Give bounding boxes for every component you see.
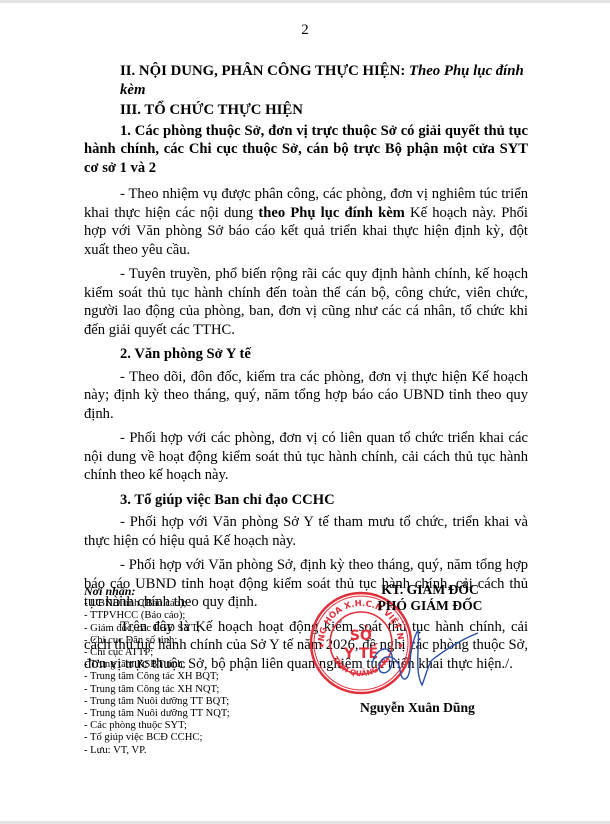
svg-text:★: ★ <box>318 641 325 650</box>
item3-paragraph-1: - Phối hợp với Văn phòng Sở Y tế tham mư… <box>84 513 528 550</box>
recipient-item: - Các phòng thuộc SYT; <box>84 720 304 732</box>
section-iii-heading: III. TỔ CHỨC THỰC HIỆN <box>84 101 528 120</box>
recipient-item: - Giám đốc, các PGĐ SYT; <box>84 623 304 635</box>
item1-paragraph-1: - Theo nhiệm vụ được phân công, các phòn… <box>84 185 528 259</box>
item1-p1-bold: theo Phụ lục đính kèm <box>258 205 404 221</box>
recipient-item: - Chi cục ATTP; <box>84 647 304 659</box>
svg-text:SỞ: SỞ <box>350 625 372 644</box>
recipient-item: - Tổ giúp việc BCĐ CCHC; <box>84 732 304 744</box>
signature-title-line2: PHÓ GIÁM ĐỐC <box>340 598 520 614</box>
recipient-item: - Trung tâm Nuôi dưỡng TT BQT; <box>84 696 304 708</box>
item2-paragraph-1: - Theo dõi, đôn đốc, kiểm tra các phòng,… <box>84 368 528 424</box>
item1-paragraph-2: - Tuyên truyền, phổ biến rộng rãi các qu… <box>84 265 528 339</box>
recipient-item: - Trung tâm Công tác XH NQT; <box>84 684 304 696</box>
item2-heading: 2. Văn phòng Sở Y tế <box>84 345 528 364</box>
recipient-item: - Trung tâm Nuôi dưỡng TT NQT; <box>84 708 304 720</box>
section-ii-heading: II. NỘI DUNG, PHÂN CÔNG THỰC HIỆN: Theo … <box>84 62 528 99</box>
item3-heading: 3. Tổ giúp việc Ban chỉ đạo CCHC <box>84 491 528 510</box>
item1-heading: 1. Các phòng thuộc Sở, đơn vị trực thuộc… <box>84 122 528 178</box>
recipient-item: - Chi cục Dân số tỉnh; <box>84 635 304 647</box>
recipient-item: - TTPVHCC (Báo cáo); <box>84 610 304 622</box>
page-number: 2 <box>0 22 610 39</box>
recipients-title: Nơi nhận: <box>84 585 304 597</box>
signature-title-line1: KT. GIÁM ĐỐC <box>340 582 520 598</box>
recipient-item: - Trung tâm Công tác XH BQT; <box>84 671 304 683</box>
viewer-top-border <box>0 0 610 3</box>
signature-block: KT. GIÁM ĐỐC PHÓ GIÁM ĐỐC <box>340 582 520 614</box>
recipient-item: - Trung tâm KSBT tỉnh; <box>84 659 304 671</box>
signer-name: Nguyễn Xuân Dũng <box>360 700 475 716</box>
recipients-list: Nơi nhận: - UBND tỉnh (Báo cáo); - TTPVH… <box>84 585 304 757</box>
recipient-item: - UBND tỉnh (Báo cáo); <box>84 598 304 610</box>
recipient-item: - Lưu: VT, VP. <box>84 745 304 757</box>
handwritten-signature-icon <box>370 625 480 695</box>
item2-paragraph-2: - Phối hợp với các phòng, đơn vị có liên… <box>84 429 528 485</box>
section-ii-label: II. NỘI DUNG, PHÂN CÔNG THỰC HIỆN: <box>120 63 409 79</box>
